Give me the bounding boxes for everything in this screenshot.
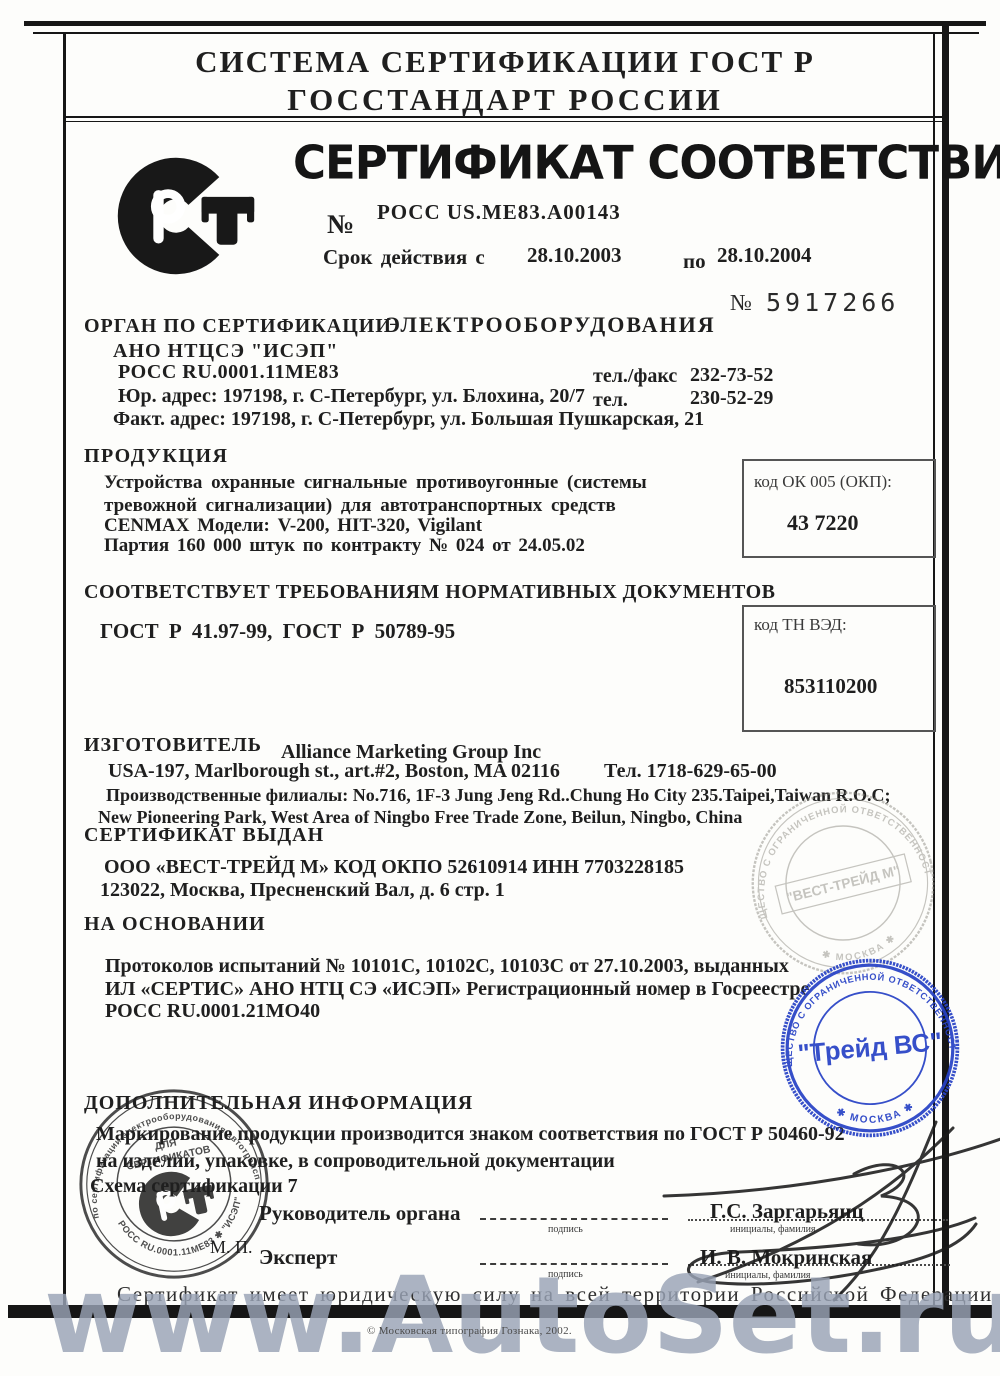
head-signature-caption: подпись [548,1224,583,1235]
manufacturer-address: USA-197, Marlborough st., art.#2, Boston… [108,761,560,782]
product-line-4: Партия 160 000 штук по контракту № 024 о… [104,536,585,556]
inner-top-rule [33,32,979,34]
signature-strokes [618,1098,1000,1310]
basis-section-label: НА ОСНОВАНИИ [84,914,266,935]
expert-signature-caption: подпись [548,1269,583,1280]
product-section-label: ПРОДУКЦИЯ [84,446,228,467]
svg-text:"Трейд ВС": "Трейд ВС" [797,1028,944,1069]
printer-note: © Московская типография Гознака, 2002. [367,1326,572,1338]
tnved-code-box: код ТН ВЭД: 853110200 [742,605,936,732]
compliance-standards: ГОСТ Р 41.97-99, ГОСТ Р 50789-95 [100,620,455,642]
okp-code-value: 43 7220 [787,511,859,534]
body-phone-fax-label: тел./факс [593,366,677,387]
okp-code-box: код ОК 005 (ОКП): 43 7220 [742,459,936,558]
body-product-area: ЭЛЕКТРООБОРУДОВАНИЯ [385,313,716,336]
expert-signature [688,1218,976,1284]
cert-number-value: РОСС US.ME83.A00143 [377,201,621,223]
product-line-3: CENMAX Модели: V-200, HIT-320, Vigilant [104,516,482,536]
head-label: Руководитель органа [259,1202,461,1224]
system-header-line1: СИСТЕМА СЕРТИФИКАЦИИ ГОСТ Р [63,46,947,79]
product-line-1: Устройства охранные сигнальные противоуг… [104,473,647,493]
header-divider-2 [63,121,947,122]
manufacturer-phone: Тел. 1718-629-65-00 [604,761,777,782]
product-line-2: тревожной сигнализации) для автотранспор… [104,496,616,516]
body-actual-address: Факт. адрес: 197198, г. С-Петербург, ул.… [113,409,704,430]
certificate-page: СИСТЕМА СЕРТИФИКАЦИИ ГОСТ Р ГОССТАНДАРТ … [0,0,1000,1376]
body-phone-fax: 232-73-52 [690,365,773,386]
additional-line-2: на изделии, упаковке, в сопроводительной… [96,1151,615,1172]
okp-code-label: код ОК 005 (ОКП): [754,473,892,491]
stamp-place-caption: М. П. [210,1238,253,1257]
issued-address: 123022, Москва, Пресненский Вал, д. 6 ст… [100,880,505,901]
basis-line-2: ИЛ «СЕРТИС» АНО НТЦ СЭ «ИСЭП» Регистраци… [105,979,809,1000]
system-header-line2: ГОССТАНДАРТ РОССИИ [63,84,947,117]
blank-number-label: № [730,291,752,315]
outer-top-rule [24,21,986,26]
basis-line-1: Протоколов испытаний № 10101С, 10102С, 1… [105,956,789,977]
validity-to-label: по [683,250,706,272]
body-reg-number: РОСС RU.0001.11МЕ83 [118,362,339,383]
validity-to: 28.10.2004 [717,244,812,266]
issued-section-label: СЕРТИФИКАТ ВЫДАН [84,825,324,846]
rst-logo-icon [112,157,264,275]
basis-line-3: РОСС RU.0001.21МО40 [105,1001,320,1022]
validity-label: Срок действия с [323,246,485,268]
tnved-code-label: код ТН ВЭД: [754,616,847,634]
body-legal-address: Юр. адрес: 197198, г. С-Петербург, ул. Б… [118,386,585,407]
cert-number-label: № [327,210,354,238]
body-name: АНО НТЦСЭ "ИСЭП" [113,341,338,362]
compliance-section-label: СООТВЕТСТВУЕТ ТРЕБОВАНИЯМ НОРМАТИВНЫХ ДО… [84,582,776,603]
additional-line-3: Схема сертификации 7 [90,1176,298,1197]
manufacturer-section-label: ИЗГОТОВИТЕЛЬ [84,735,262,756]
certificate-title: СЕРТИФИКАТ СООТВЕТСТВИЯ [293,138,1000,187]
additional-section-label: ДОПОЛНИТЕЛЬНАЯ ИНФОРМАЦИЯ [84,1093,473,1114]
blank-number-value: 5917266 [766,290,899,316]
validity-from: 28.10.2003 [527,244,622,266]
body-phone: 230-52-29 [690,388,773,409]
tnved-code-value: 853110200 [784,675,877,697]
issued-company: ООО «ВЕСТ-ТРЕЙД М» КОД ОКПО 52610914 ИНН… [104,857,684,878]
body-section-label: ОРГАН ПО СЕРТИФИКАЦИИ [84,316,392,337]
expert-label: Эксперт [259,1246,337,1268]
